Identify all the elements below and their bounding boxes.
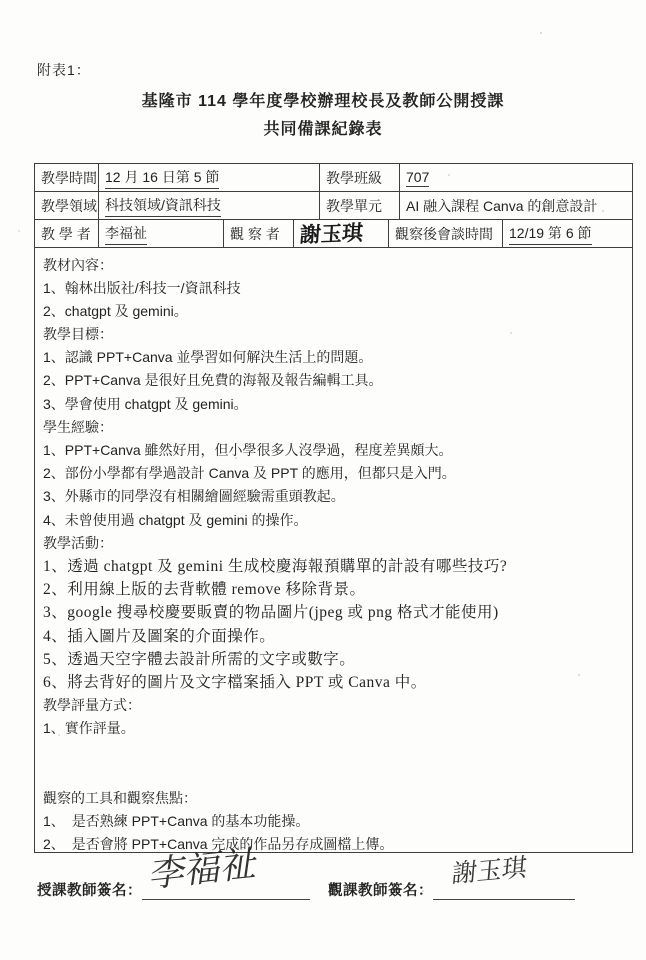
content-line: 2、chatgpt 及 gemini。 [43, 300, 624, 323]
content-line: 1、PPT+Canva 雖然好用，但小學很多人沒學過，程度差異頗大。 [43, 439, 624, 462]
content-section-heading: 教材內容： [43, 254, 624, 277]
content-line: 1、認識 PPT+Canva 並學習如何解決生活上的問題。 [43, 346, 624, 369]
content-section-heading: 教學評量方式： [43, 694, 624, 717]
observing-teacher-signature-label: 觀課教師簽名： [328, 879, 433, 900]
field-observer-label: 觀 察 者 [223, 220, 293, 247]
field-value-text: AI 融入課程 Canva 的創意設計 [406, 196, 597, 216]
field-unit-label: 教學單元 [319, 192, 399, 219]
field-teacher-value: 李福祉 [98, 220, 223, 247]
field-value-text: 科技領域/資訊科技 [105, 195, 221, 217]
content-section-heading: 觀察的工具和觀察焦點： [43, 787, 624, 810]
lesson-plan-content-box: 教材內容：1、翰林出版社/科技一/資訊科技2、chatgpt 及 gemini。… [34, 247, 633, 853]
field-teacher-label: 教 學 者 [35, 220, 98, 247]
content-line: 1、實作評量。 [43, 717, 624, 740]
field-post-meeting-value: 12/19 第 6 節 [502, 220, 632, 247]
content-line: 1、透過 chatgpt 及 gemini 生成校慶海報預購單的計設有哪些技巧? [43, 555, 624, 578]
field-teaching-time-label: 教學時間 [35, 164, 98, 191]
page-title: 基隆市 114 學年度學校辦理校長及教師公開授課 [0, 88, 646, 111]
content-line: 5、透過天空字體去設計所需的文字或數字。 [43, 648, 624, 671]
field-label-text: 教 學 者 [41, 224, 91, 244]
content-line [43, 740, 624, 763]
content-line: 3、google 搜尋校慶要販賣的物品圖片(jpeg 或 png 格式才能使用) [43, 601, 624, 624]
content-line: 4、插入圖片及圖案的介面操作。 [43, 625, 624, 648]
content-section-heading: 教學活動： [43, 532, 624, 555]
teaching-teacher-signature-label: 授課教師簽名： [37, 879, 142, 900]
content-line: 4、未曾使用過 chatgpt 及 gemini 的操作。 [43, 509, 624, 532]
scanned-form-page: 附表1： 基隆市 114 學年度學校辦理校長及教師公開授課 共同備課紀錄表 教學… [0, 0, 646, 960]
content-section-heading: 學生經驗： [43, 416, 624, 439]
table-row: 教 學 者 李福祉 觀 察 者 謝玉琪 觀察後會談時間 12/19 第 6 節 [35, 219, 632, 247]
field-value-text: 李福祉 [105, 223, 147, 245]
content-line: 1、翰林出版社/科技一/資訊科技 [43, 277, 624, 300]
table-row: 教學時間 12 月 16 日第 5 節 教學班級 707 [35, 164, 632, 191]
signature-row: 授課教師簽名： 觀課教師簽名： [37, 879, 633, 900]
content-line: 3、學會使用 chatgpt 及 gemini。 [43, 393, 624, 416]
appendix-label: 附表1： [37, 60, 91, 80]
field-domain-value: 科技領域/資訊科技 [98, 192, 319, 219]
field-value-text: 12 月 16 日第 5 節 [105, 167, 219, 189]
content-line: 2、PPT+Canva 是很好且免費的海報及報告編輯工具。 [43, 369, 624, 392]
field-teaching-time-value: 12 月 16 日第 5 節 [98, 164, 319, 191]
content-line: 2、利用線上版的去背軟體 remove 移除背景。 [43, 578, 624, 601]
field-label-text: 教學單元 [326, 196, 382, 216]
content-line: 1、 是否熟練 PPT+Canva 的基本功能操。 [43, 810, 624, 833]
field-unit-value: AI 融入課程 Canva 的創意設計 [399, 192, 632, 219]
field-label-text: 觀 察 者 [230, 224, 280, 244]
field-domain-label: 教學領域 [35, 192, 98, 219]
field-value-text: 12/19 第 6 節 [509, 223, 592, 245]
content-line: 2、部份小學都有學過設計 Canva 及 PPT 的應用，但都只是入門。 [43, 462, 624, 485]
field-post-meeting-label: 觀察後會談時間 [388, 220, 502, 247]
content-line: 2、 是否會將 PPT+Canva 完成的作品另存成圖檔上傳。 [43, 833, 624, 856]
table-row: 教學領域 科技領域/資訊科技 教學單元 AI 融入課程 Canva 的創意設計 [35, 191, 632, 219]
field-class-label: 教學班級 [319, 164, 399, 191]
field-value-text: 707 [406, 169, 429, 187]
field-observer-handwritten-name: 謝玉琪 [293, 220, 388, 247]
info-table: 教學時間 12 月 16 日第 5 節 教學班級 707 教學領域 科技領域/資… [34, 163, 633, 248]
field-class-value: 707 [399, 164, 632, 191]
content-line [43, 764, 624, 787]
field-label-text: 教學時間 [41, 168, 97, 188]
content-line: 6、將去背好的圖片及文字檔案插入 PPT 或 Canva 中。 [43, 671, 624, 694]
content-line: 3、外縣市的同學沒有相關繪圖經驗需重頭教起。 [43, 485, 624, 508]
observing-teacher-handwritten-signature: 謝玉琪 [451, 855, 528, 887]
handwriting-text: 謝玉琪 [299, 222, 364, 245]
field-label-text: 教學領域 [41, 196, 97, 216]
page-subtitle: 共同備課紀錄表 [0, 116, 646, 139]
field-label-text: 觀察後會談時間 [395, 224, 493, 244]
field-label-text: 教學班級 [326, 168, 382, 188]
content-section-heading: 教學目標： [43, 323, 624, 346]
